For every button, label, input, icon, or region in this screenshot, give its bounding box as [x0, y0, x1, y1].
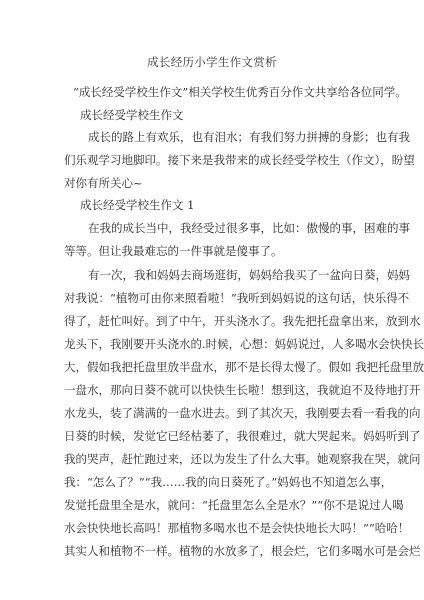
paragraph-line: 得了，赶忙叫好。到了中午，开头浇水了。我先把托盘拿出来，放到水 [64, 314, 364, 328]
section-heading: 成长经受学校生作文 1 [80, 198, 194, 212]
paragraph-line: 我的哭声，赶忙跑过来，还以为发生了什么大事。她观察我在哭，就问 [64, 452, 364, 466]
paragraph-line: 水龙头，装了满满的一盘水进去。到了其次天，我刚要去看一看我的向 [64, 406, 364, 420]
document-title: 成长经历小学生作文赏析 [0, 54, 424, 70]
paragraph-line: 龙头下，我刚要开头浇水的.时候，心想：妈妈说过，人多喝水会快快长 [64, 337, 364, 351]
paragraph-line: 对我说：“植物可由你来照看啦！”我听到妈妈说的这句话，快乐得不 [64, 291, 364, 305]
paragraph-line: 水会快快地长高吗！那植物多喝水也不是会快快地长大吗！”“哈哈！ [64, 521, 364, 535]
paragraph-line: 大，假如我把托盘里放半盘水，那不是长得太慢了。假如 我把托盘里放 [64, 360, 364, 374]
paragraph-line: 在我的成长当中，我经受过很多事，比如：傲慢的事，困难的事 [88, 221, 364, 235]
section-heading: 成长经受学校生作文 [80, 108, 184, 122]
paragraph-line: 们乐观学习地脚印。接下来是我带来的成长经受学校生（作文），盼望 [64, 153, 364, 167]
paragraph-line: 其实人和植物不一样。植物的水放多了，根会烂，它们多喝水可是会烂 [64, 544, 364, 558]
paragraph-line: 日葵的时候，发觉它已经枯萎了，我很难过，就大哭起来。妈妈听到了 [64, 429, 364, 443]
paragraph-line: 有一次，我和妈妈去商场逛街，妈妈给我买了一盆向日葵，妈妈 [88, 268, 364, 282]
document-page: 成长经历小学生作文赏析 “成长经受学校生作文”相关学校生优秀百分作文共享给各位同… [0, 0, 424, 600]
paragraph-line: 等等。但让我最难忘的一件事就是傻事了。 [64, 244, 364, 258]
paragraph-line: 我：“怎么了？”“我……我的向日葵死了。”妈妈也不知道怎么事， [64, 475, 364, 489]
paragraph-line: 一盘水，那向日葵不就可以快快生长啦！想到这，我就迫不及待地打开 [64, 383, 364, 397]
paragraph-line: 成长的路上有欢乐，也有泪水；有我们努力拼搏的身影；也有我 [88, 130, 364, 144]
intro-text: “成长经受学校生作文”相关学校生优秀百分作文共享给各位同学。 [73, 85, 364, 99]
paragraph-line: 对你有所关心~ [64, 176, 364, 190]
paragraph-line: 发觉托盘里全是水，就问：“托盘里怎么全是水？”“你不是说过人喝 [64, 498, 364, 512]
